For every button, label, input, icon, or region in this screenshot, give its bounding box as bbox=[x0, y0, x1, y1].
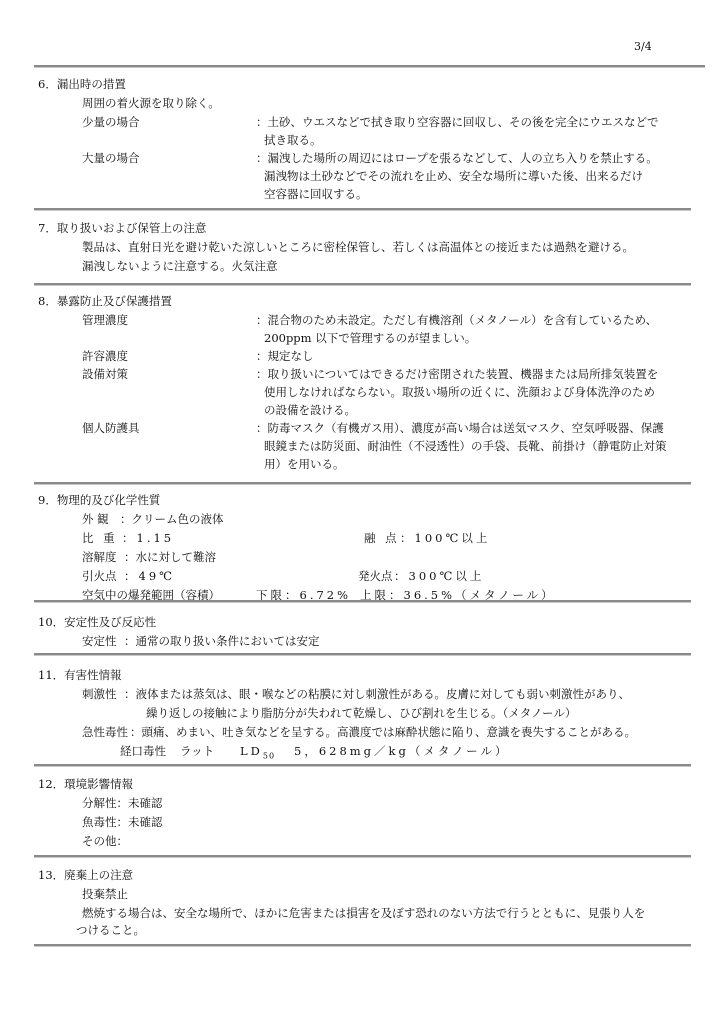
page-number: 3/4 bbox=[634, 38, 652, 55]
body-text: 漏洩しないように注意する。火気注意 bbox=[82, 258, 278, 275]
ld-subscript: 50 bbox=[263, 751, 275, 760]
section-divider bbox=[34, 653, 691, 656]
ignition-point-value: ：300℃以上 bbox=[394, 568, 484, 585]
section-title: 11．有害性情報 bbox=[38, 667, 122, 684]
specific-gravity-value: ：1.15 bbox=[122, 530, 174, 547]
oral-toxicity-value: 5，628mg／kg（メタノール） bbox=[294, 743, 509, 760]
row-label: 大量の場合 bbox=[82, 150, 140, 167]
flash-point-value: ：49℃ bbox=[124, 568, 175, 585]
row-value: 眼鏡または防災面、耐油性（不浸透性）の手袋、長靴、前掛け（静電防止対策 bbox=[264, 438, 667, 455]
specific-gravity-label: 比 重 bbox=[82, 530, 118, 547]
row-value: 漏洩物は土砂などでその流れを止め、安全な場所に導いた後、出来るだけ bbox=[264, 168, 643, 185]
row-label: 個人防護具 bbox=[82, 420, 140, 437]
row-label: 設備対策 bbox=[82, 366, 128, 383]
degradability: 分解性：未確認 bbox=[82, 795, 163, 812]
acute-toxicity-label: 急性毒性 bbox=[82, 724, 128, 741]
row-value: ：規定なし bbox=[256, 348, 314, 365]
section-title: 13．廃棄上の注意 bbox=[38, 867, 133, 884]
section-divider bbox=[34, 283, 691, 286]
fish-toxicity: 魚毒性：未確認 bbox=[82, 814, 163, 831]
row-value: 拭き取る。 bbox=[264, 132, 322, 149]
row-value: 空容器に回収する。 bbox=[264, 186, 368, 203]
stability-label: 安定性 bbox=[82, 633, 117, 650]
body-text: 製品は、直射日光を避け乾いた涼しいところに密栓保管し、若しくは高温体との接近また… bbox=[82, 239, 634, 256]
ignition-point-label: 発火点 bbox=[358, 568, 393, 585]
row-label: 少量の場合 bbox=[82, 114, 140, 131]
solubility-label: 溶解度 bbox=[82, 549, 117, 566]
row-value: ：取り扱いについてはできるだけ密閉された装置、機器または局所排気装置を bbox=[256, 366, 658, 383]
acute-toxicity-value: ：頭痛、めまい、吐き気などを呈する。高濃度では麻酔状態に陥り、意識を喪失すること… bbox=[130, 724, 636, 741]
section-title: 6．漏出時の措置 bbox=[38, 76, 126, 93]
other-info: その他： bbox=[82, 833, 128, 850]
irritation-value: ：液体または蒸気は、眼・喉などの粘膜に対し刺激性がある。皮膚に対しても弱い刺激性… bbox=[124, 686, 630, 703]
intro-text: 周囲の着火源を取り除く。 bbox=[82, 95, 220, 112]
section-title: 10．安定性及び反応性 bbox=[38, 614, 156, 631]
appearance-label: 外 観 bbox=[82, 511, 109, 528]
row-value: ：混合物のため未設定。ただし有機溶剤（メタノール）を含有しているため、 bbox=[256, 312, 657, 329]
ld50-label: LD50 bbox=[240, 743, 275, 764]
melting-point-label: 融 点 bbox=[364, 530, 400, 547]
row-value: 用）を用いる。 bbox=[264, 456, 345, 473]
section-title: 7．取り扱いおよび保管上の注意 bbox=[38, 220, 206, 237]
row-label: 管理濃度 bbox=[82, 312, 128, 329]
row-label: 許容濃度 bbox=[82, 348, 128, 365]
section-title: 12．環境影響情報 bbox=[38, 776, 133, 793]
section-divider bbox=[34, 482, 691, 485]
body-text: つけること。 bbox=[76, 922, 145, 939]
oral-toxicity-species: ラット bbox=[180, 743, 214, 760]
section-divider bbox=[34, 208, 691, 211]
section-divider bbox=[34, 944, 691, 947]
row-value: ：防毒マスク（有機ガス用）、濃度が高い場合は送気マスク、空気呼吸器、保護 bbox=[256, 420, 664, 437]
solubility-value: ：水に対して難溶 bbox=[124, 549, 216, 566]
section-title: 8．暴露防止及び保護措置 bbox=[38, 293, 172, 310]
stability-value: ：通常の取り扱い条件においては安定 bbox=[124, 633, 320, 650]
row-value: ：漏洩した場所の周辺にはロープを張るなどして、人の立ち入りを禁止する。 bbox=[256, 150, 658, 167]
section-divider bbox=[34, 764, 691, 767]
row-value: 200ppm 以下で管理するのが望ましい。 bbox=[264, 330, 476, 347]
flash-point-label: 引火点 bbox=[82, 568, 117, 585]
irritation-label: 刺激性 bbox=[82, 686, 117, 703]
row-value: の設備を設ける。 bbox=[264, 402, 356, 419]
ld-text: LD bbox=[240, 744, 263, 758]
section-divider bbox=[34, 600, 691, 603]
oral-toxicity-label: 経口毒性 bbox=[120, 743, 166, 760]
row-value: ：土砂、ウエスなどで拭き取り空容器に回収し、その後を完全にウエスなどで bbox=[256, 114, 659, 131]
melting-point-value: ：100℃以上 bbox=[400, 530, 490, 547]
irritation-value: 繰り返しの接触により脂肪分が失われて乾燥し、ひび割れを生じる。（メタノール） bbox=[146, 705, 576, 722]
body-text: 燃焼する場合は、安全な場所で、ほかに危害または損害を及ぼす恐れのない方法で行うと… bbox=[82, 905, 645, 922]
row-value: 使用しなければならない。取扱い場所の近くに、洗顔および身体洗浄のため bbox=[264, 384, 655, 401]
body-text: 投棄禁止 bbox=[82, 886, 128, 903]
header-divider bbox=[34, 65, 705, 68]
section-title: 9．物理的及び化学性質 bbox=[38, 492, 160, 509]
section-divider bbox=[34, 855, 691, 858]
appearance-value: ：クリーム色の液体 bbox=[120, 511, 224, 528]
